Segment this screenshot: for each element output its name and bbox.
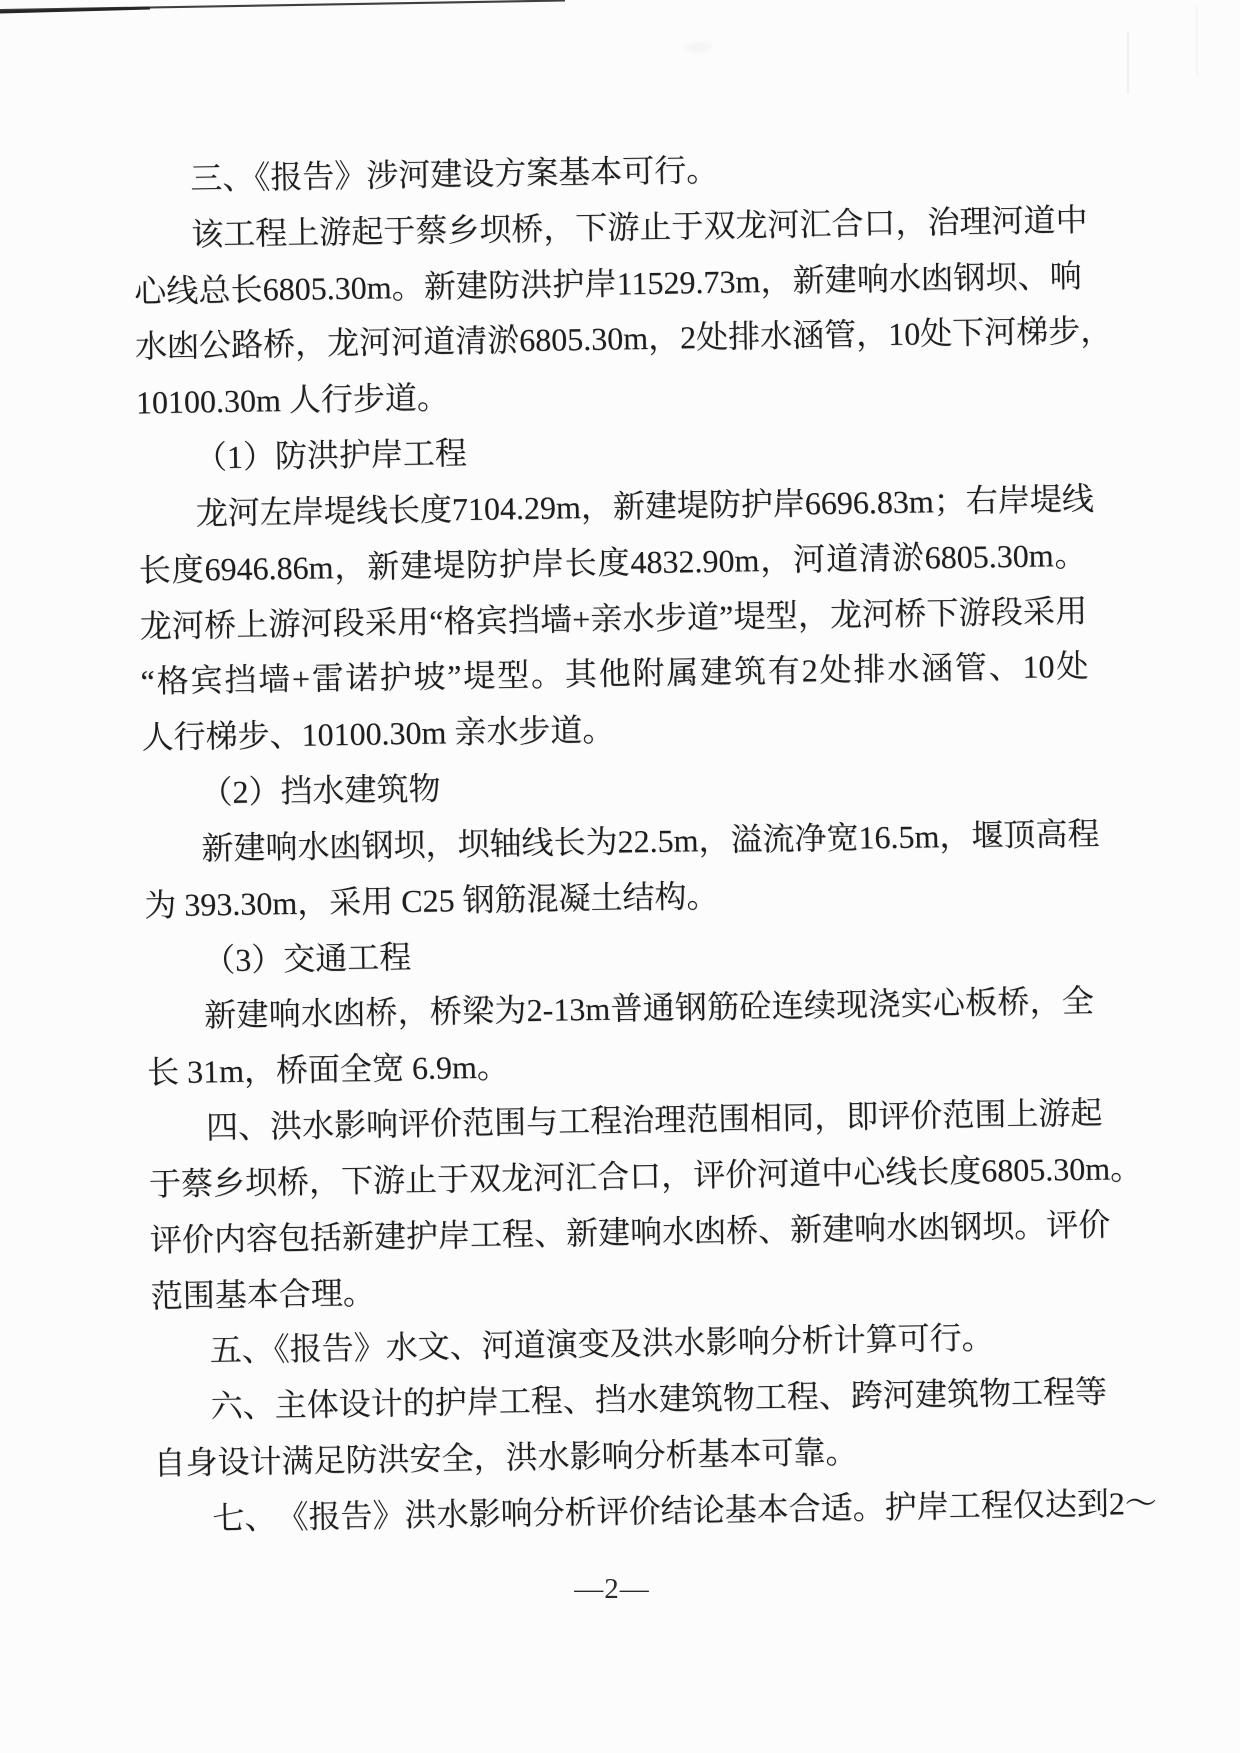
scan-edge-artifact	[0, 0, 620, 24]
scan-smudge	[1196, 6, 1198, 76]
document-page: 三、《报告》涉河建设方案基本可行。该工程上游起于蔡乡坝桥，下游止于双龙河汇合口，…	[0, 0, 1240, 1753]
page-number: —2—	[0, 1572, 1232, 1606]
scan-smudge	[686, 42, 712, 52]
scan-smudge	[1127, 32, 1129, 94]
document-body: 三、《报告》涉河建设方案基本可行。该工程上游起于蔡乡坝桥，下游止于双龙河汇合口，…	[132, 137, 1103, 1548]
